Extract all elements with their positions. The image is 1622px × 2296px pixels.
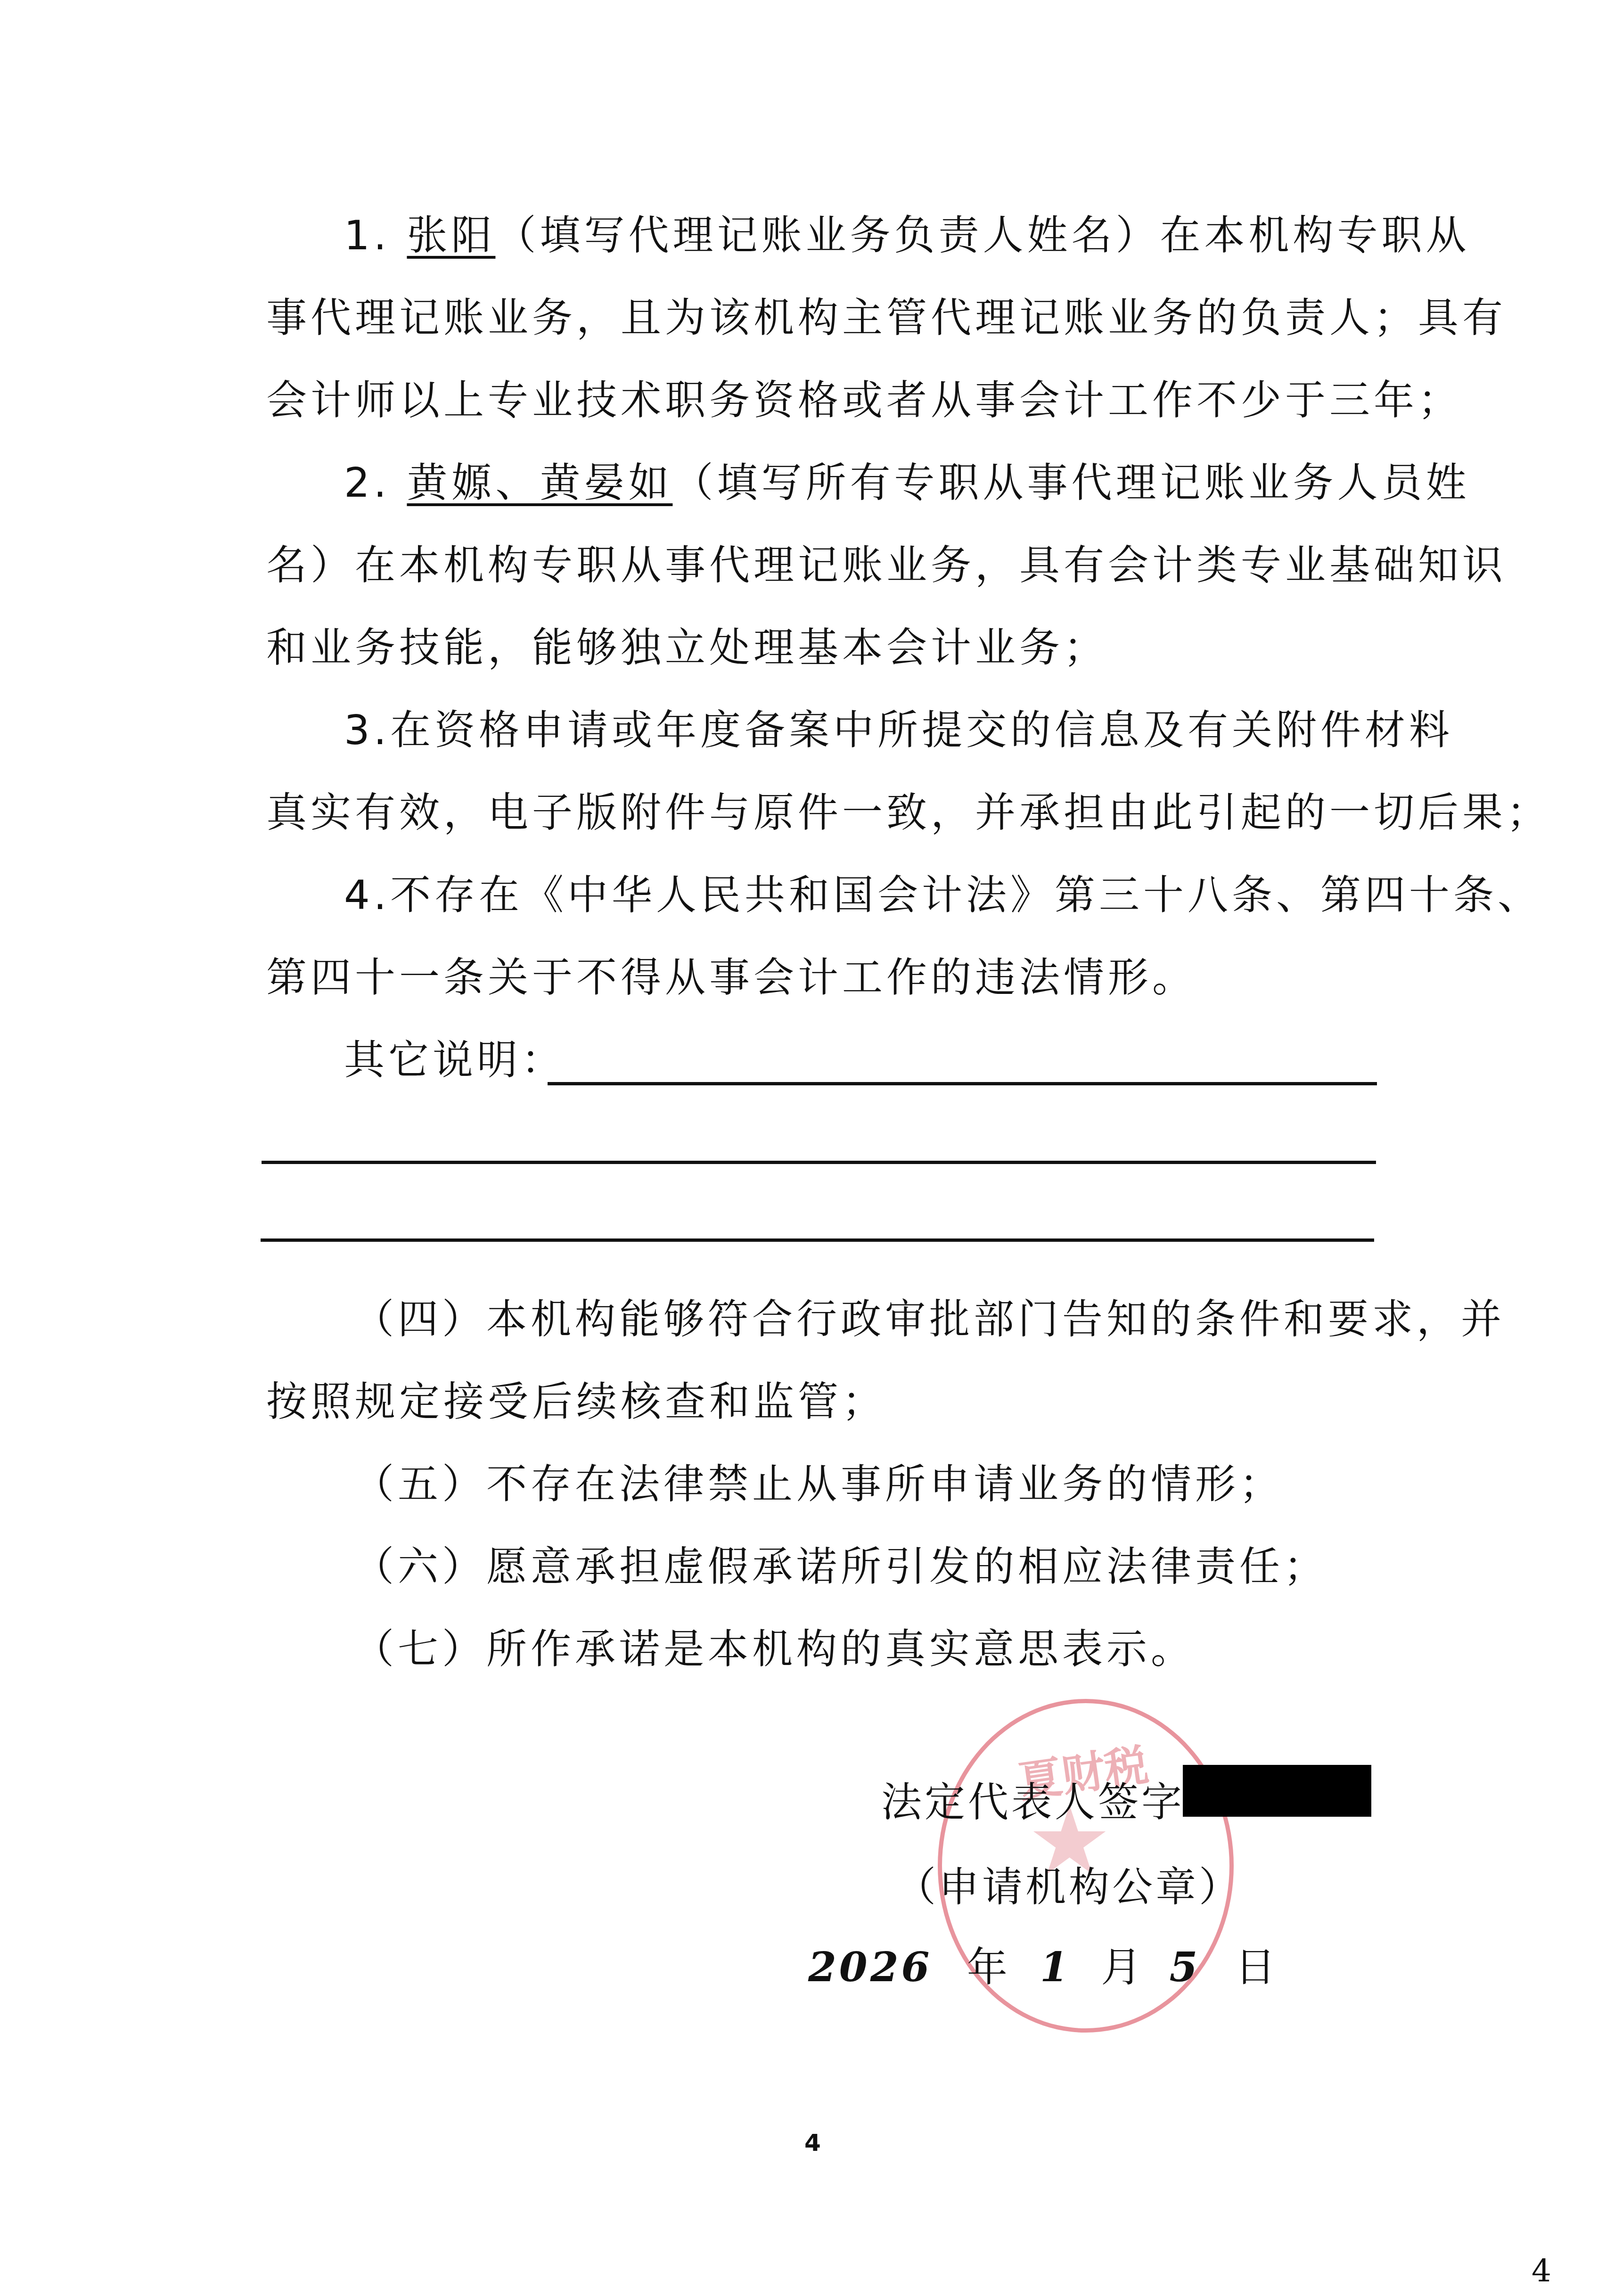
clause-4-line-1: （四）本机构能够符合行政审批部门告知的条件和要求，并 xyxy=(353,1296,1378,1343)
page-number-corner: 4 xyxy=(1532,2253,1551,2289)
document-page: 1. 张阳（填写代理记账业务负责人姓名）在本机构专职从 事代理记账业务，且为该机… xyxy=(0,0,1622,2296)
date-month-unit: 月 xyxy=(1101,1944,1144,1991)
item-number: 2. xyxy=(344,459,390,507)
clause-label: （四） xyxy=(353,1296,486,1343)
item-4-line-1: 4.不存在《中华人民共和国会计法》第三十八条、第四十条、 xyxy=(344,872,1378,919)
date-month: 1 xyxy=(1040,1943,1071,1991)
item-2-line-3: 和业务技能，能够独立处理基本会计业务； xyxy=(266,624,1378,672)
seal-label: （申请机构公章） xyxy=(895,1864,1242,1911)
other-notes-field-line-2[interactable] xyxy=(262,1161,1376,1164)
date-day-unit: 日 xyxy=(1235,1944,1278,1991)
clause-label: （七） xyxy=(353,1626,486,1673)
other-notes-field-line-3[interactable] xyxy=(261,1238,1374,1242)
signature-redaction xyxy=(1183,1765,1371,1817)
date-year: 2026 xyxy=(808,1943,932,1991)
item-2-line-2: 名）在本机构专职从事代理记账业务，具有会计类专业基础知识 xyxy=(266,542,1378,589)
item-4-line-2: 第四十一条关于不得从事会计工作的违法情形。 xyxy=(266,954,1378,1001)
clause-label: （六） xyxy=(353,1543,486,1591)
item-1-line-2: 事代理记账业务，且为该机构主管代理记账业务的负责人；具有 xyxy=(266,295,1378,342)
clause-7: （七）所作承诺是本机构的真实意思表示。 xyxy=(353,1626,1466,1673)
clause-4-line-2: 按照规定接受后续核查和监管； xyxy=(266,1378,1378,1426)
other-notes-field-line-1[interactable] xyxy=(548,1082,1377,1085)
item-number: 3. xyxy=(344,707,390,754)
legal-rep-signature-label: 法定代表人签字： xyxy=(881,1779,1228,1826)
item-number: 1. xyxy=(344,212,390,259)
item-number: 4. xyxy=(344,872,390,919)
other-notes-label: 其它说明： xyxy=(344,1037,565,1084)
page-number-center: 4 xyxy=(804,2129,821,2157)
clause-5: （五）不存在法律禁止从事所申请业务的情形； xyxy=(353,1461,1466,1508)
clause-6: （六）愿意承担虚假承诺所引发的相应法律责任； xyxy=(353,1543,1466,1591)
clause-label: （五） xyxy=(353,1461,486,1508)
item-3-line-1: 3.在资格申请或年度备案中所提交的信息及有关附件材料 xyxy=(344,707,1378,754)
filled-name-staff: 黄嫄、黄晏如 xyxy=(407,459,672,507)
item-1-line-3: 会计师以上专业技术职务资格或者从事会计工作不少于三年； xyxy=(266,377,1378,424)
signature-date: 2026 年 1 月 5 日 xyxy=(808,1944,1278,1991)
item-3-line-2: 真实有效，电子版附件与原件一致，并承担由此引起的一切后果； xyxy=(266,789,1378,836)
filled-name-responsible: 张阳 xyxy=(407,212,495,259)
item-2-line-1: 2. 黄嫄、黄晏如（填写所有专职从事代理记账业务人员姓 xyxy=(344,459,1378,507)
date-day: 5 xyxy=(1170,1943,1201,1991)
item-1-line-1: 1. 张阳（填写代理记账业务负责人姓名）在本机构专职从 xyxy=(344,212,1378,259)
date-year-unit: 年 xyxy=(967,1944,1010,1991)
